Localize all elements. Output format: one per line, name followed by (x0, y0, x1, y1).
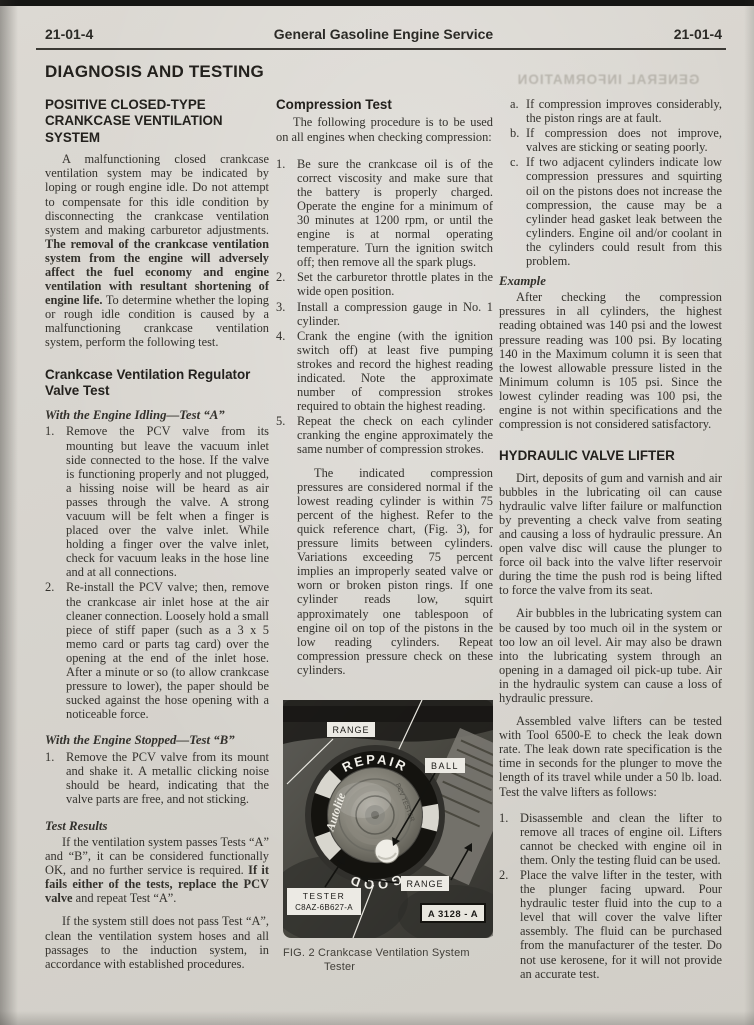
manual-page: 21-01-4 General Gasoline Engine Service … (0, 0, 754, 1025)
list-marker: 1. (45, 750, 54, 764)
list-text: Disassemble and clean the lifter to remo… (520, 811, 722, 867)
list-text: Re-install the PCV valve; then, remove t… (66, 580, 269, 721)
svg-text:A 3128 - A: A 3128 - A (428, 909, 478, 920)
section-heading-pcv-system: POSITIVE CLOSED-TYPE CRANKCASE VENTILATI… (45, 97, 269, 146)
list-item: 3.Install a compression gauge in No. 1 c… (276, 300, 493, 328)
compression-intro-paragraph: The following procedure is to be used on… (276, 115, 493, 143)
svg-text:C8AZ-6B627-A: C8AZ-6B627-A (295, 903, 353, 912)
column-2: Compression Test The following procedure… (276, 97, 493, 677)
page-number-right: 21-01-4 (674, 26, 722, 42)
list-text: Place the valve lifter in the tester, wi… (520, 868, 722, 981)
svg-text:TESTER: TESTER (303, 891, 346, 901)
list-text: If compression improves considerably, th… (526, 97, 722, 125)
list-marker: 2. (45, 580, 54, 594)
list-marker: 1. (499, 811, 508, 825)
lifter-paragraph-3: Assembled valve lifters can be tested wi… (499, 714, 722, 799)
compression-normal-paragraph: The indicated compression pressures are … (297, 466, 493, 677)
lifter-test-steps: 1.Disassemble and clean the lifter to re… (499, 811, 722, 981)
list-item: c.If two adjacent cylinders indicate low… (510, 155, 722, 268)
figure-label-ball: BALL (425, 758, 465, 773)
list-item: 2.Re-install the PCV valve; then, remove… (45, 580, 269, 721)
compression-steps: 1.Be sure the crankcase oil is of the co… (276, 157, 493, 457)
paragraph-text: A malfunctioning closed crankcase ventil… (45, 152, 269, 236)
list-item: 2.Place the valve lifter in the tester, … (499, 868, 722, 981)
list-item: b.If compression does not improve, valve… (510, 126, 722, 154)
running-title: General Gasoline Engine Service (45, 26, 722, 42)
test-a-steps: 1.Remove the PCV valve from its mounting… (45, 424, 269, 721)
pcv-intro-paragraph: A malfunctioning closed crankcase ventil… (45, 152, 269, 349)
section-heading-hydraulic-valve-lifter: HYDRAULIC VALVE LIFTER (499, 448, 722, 464)
results-paragraph-2: If the system still does not pass Test “… (45, 914, 269, 970)
figure-ref-code: A 3128 - A (421, 904, 485, 922)
list-text: If two adjacent cylinders indicate low c… (526, 155, 722, 268)
list-marker: a. (510, 97, 519, 111)
scan-bottom-shadow (0, 1011, 754, 1025)
list-item: 1.Remove the PCV valve from its mount an… (45, 750, 269, 806)
scan-left-shadow (0, 0, 18, 1025)
list-marker: 2. (276, 270, 285, 284)
scan-top-edge (0, 0, 754, 6)
column-1: POSITIVE CLOSED-TYPE CRANKCASE VENTILATI… (45, 97, 269, 971)
results-paragraph-1: If the ventilation system passes Tests “… (45, 835, 269, 905)
lifter-paragraph-2: Air bubbles in the lubricating system ca… (499, 606, 722, 705)
list-text: Set the carburetor throttle plates in th… (297, 270, 493, 298)
list-marker: 1. (45, 424, 54, 438)
paragraph-text: If the ventilation system passes Tests “… (45, 835, 269, 877)
list-item: 2.Set the carburetor throttle plates in … (276, 270, 493, 298)
figure-label-range-bottom: RANGE (401, 876, 449, 891)
subhead-test-results: Test Results (45, 819, 269, 833)
svg-text:RANGE: RANGE (332, 725, 369, 735)
figure-caption-line1: FIG. 2 Crankcase Ventilation System (283, 946, 498, 960)
subhead-test-b: With the Engine Stopped—Test “B” (45, 733, 269, 747)
example-paragraph: After checking the compression pressures… (499, 290, 722, 431)
subhead-example: Example (499, 274, 722, 288)
list-item: 4.Crank the engine (with the ignition sw… (276, 329, 493, 414)
list-marker: 2. (499, 868, 508, 882)
test-b-steps: 1.Remove the PCV valve from its mount an… (45, 750, 269, 806)
section-heading-compression-test: Compression Test (276, 97, 493, 113)
list-marker: c. (510, 155, 519, 169)
tester-photo: REPAIR GOOD Autolite PCV TESTER RA (283, 700, 493, 938)
page-title: DIAGNOSIS AND TESTING (45, 62, 264, 82)
list-text: Install a compression gauge in No. 1 cyl… (297, 300, 493, 328)
scan-right-shadow (744, 0, 754, 1025)
list-marker: 4. (276, 329, 285, 343)
svg-text:RANGE: RANGE (406, 879, 443, 889)
figure-caption-line2: Tester (324, 960, 498, 974)
subhead-test-a: With the Engine Idling—Test “A” (45, 408, 269, 422)
svg-text:BALL: BALL (431, 761, 459, 771)
list-marker: b. (510, 126, 519, 140)
list-item: 1.Disassemble and clean the lifter to re… (499, 811, 722, 867)
column-3: a.If compression improves considerably, … (499, 97, 722, 982)
section-heading-regulator-valve-test: Crankcase Ventilation Regulator Valve Te… (45, 367, 269, 400)
list-text: If compression does not improve, valves … (526, 126, 722, 154)
list-marker: 1. (276, 157, 285, 171)
list-text: Repeat the check on each cylinder cranki… (297, 414, 493, 456)
list-text: Remove the PCV valve from its mount and … (66, 750, 269, 806)
list-marker: 3. (276, 300, 285, 314)
list-item: 1.Remove the PCV valve from its mounting… (45, 424, 269, 579)
list-item: 1.Be sure the crankcase oil is of the co… (276, 157, 493, 270)
figure-crankcase-ventilation-tester: REPAIR GOOD Autolite PCV TESTER RA (283, 700, 493, 938)
header-rule (36, 48, 726, 50)
paragraph-text: and repeat Test “A”. (73, 891, 177, 905)
figure-caption: FIG. 2 Crankcase Ventilation System Test… (283, 946, 498, 974)
lifter-paragraph-1: Dirt, deposits of gum and varnish and ai… (499, 471, 722, 598)
list-item: 5.Repeat the check on each cylinder cran… (276, 414, 493, 456)
list-text: Be sure the crankcase oil is of the corr… (297, 157, 493, 270)
list-text: Remove the PCV valve from its mounting b… (66, 424, 269, 579)
list-text: Crank the engine (with the ignition swit… (297, 329, 493, 413)
bleed-through-text: GENERAL INFORMATION (497, 72, 719, 87)
compression-result-cases: a.If compression improves considerably, … (510, 97, 722, 268)
list-marker: 5. (276, 414, 285, 428)
list-item: a.If compression improves considerably, … (510, 97, 722, 125)
figure-label-range-top: RANGE (327, 722, 375, 737)
figure-label-tester: TESTER C8AZ-6B627-A (287, 888, 361, 915)
